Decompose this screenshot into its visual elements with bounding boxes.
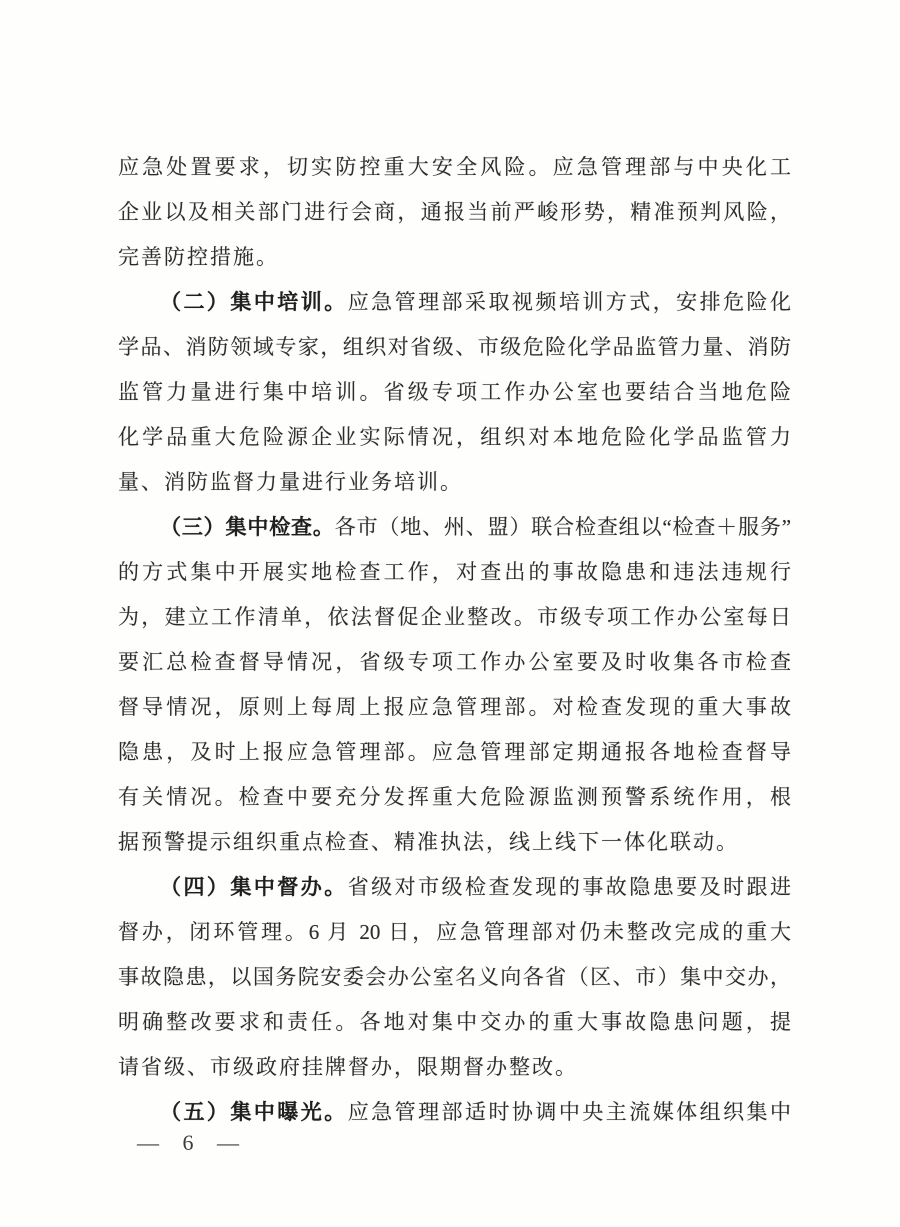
footer-dash-left: — (137, 1126, 159, 1160)
text-line: 量、消防监督力量进行业务培训。 (118, 460, 791, 505)
text-line: 请省级、市级政府挂牌督办，限期督办整改。 (118, 1045, 791, 1090)
text-line: 督导情况，原则上每周上报应急管理部。对检查发现的重大事故 (118, 685, 791, 730)
text-line: （三）集中检查。各市（地、州、盟）联合检查组以“检查＋服务” (118, 505, 791, 550)
text-line: （四）集中督办。省级对市级检查发现的事故隐患要及时跟进 (118, 865, 791, 910)
text-line: 据预警提示组织重点检查、精准执法，线上线下一体化联动。 (118, 820, 791, 865)
line-text: 要汇总检查督导情况，省级专项工作办公室要及时收集各市检查 (118, 650, 791, 674)
line-text: 为，建立工作清单，依法督促企业整改。市级专项工作办公室每日 (118, 605, 791, 629)
text-line: 要汇总检查督导情况，省级专项工作办公室要及时收集各市检查 (118, 640, 791, 685)
line-text: 应急处置要求，切实防控重大安全风险。应急管理部与中央化工 (118, 155, 791, 179)
line-text: 各市（地、州、盟）联合检查组以“检查＋服务” (335, 515, 791, 539)
text-line: 监管力量进行集中培训。省级专项工作办公室也要结合当地危险 (118, 370, 791, 415)
text-line: 化学品重大危险源企业实际情况，组织对本地危险化学品监管力 (118, 415, 791, 460)
line-text: 应急管理部适时协调中央主流媒体组织集中 (348, 1100, 791, 1124)
text-line: 完善防控措施。 (118, 235, 791, 280)
text-line: 的方式集中开展实地检查工作，对查出的事故隐患和违法违规行 (118, 550, 791, 595)
text-line: 有关情况。检查中要充分发挥重大危险源监测预警系统作用，根 (118, 775, 791, 820)
text-line: 为，建立工作清单，依法督促企业整改。市级专项工作办公室每日 (118, 595, 791, 640)
line-text: 的方式集中开展实地检查工作，对查出的事故隐患和违法违规行 (118, 560, 791, 584)
line-text: 请省级、市级政府挂牌督办，限期督办整改。 (118, 1055, 578, 1079)
line-text: 隐患，及时上报应急管理部。应急管理部定期通报各地检查督导 (118, 740, 791, 764)
section-heading: （三）集中检查。 (160, 515, 335, 539)
line-text: 监管力量进行集中培训。省级专项工作办公室也要结合当地危险 (118, 380, 791, 404)
section-heading: （二）集中培训。 (160, 290, 348, 314)
text-line: 学品、消防领域专家，组织对省级、市级危险化学品监管力量、消防 (118, 325, 791, 370)
document-lines: 应急处置要求，切实防控重大安全风险。应急管理部与中央化工企业以及相关部门进行会商… (118, 145, 791, 1135)
text-line: 督办，闭环管理。6 月 20 日，应急管理部对仍未整改完成的重大 (118, 910, 791, 955)
line-text: 完善防控措施。 (118, 245, 279, 269)
text-line: 事故隐患，以国务院安委会办公室名义向各省（区、市）集中交办， (118, 955, 791, 1000)
line-text: 据预警提示组织重点检查、精准执法，线上线下一体化联动。 (118, 830, 739, 854)
text-line: 隐患，及时上报应急管理部。应急管理部定期通报各地检查督导 (118, 730, 791, 775)
footer-dash-right: — (217, 1126, 239, 1160)
line-text: 明确整改要求和责任。各地对集中交办的重大事故隐患问题，提 (118, 1010, 791, 1034)
text-line: 企业以及相关部门进行会商，通报当前严峻形势，精准预判风险， (118, 190, 791, 235)
line-text: 学品、消防领域专家，组织对省级、市级危险化学品监管力量、消防 (118, 335, 791, 359)
section-heading: （五）集中曝光。 (160, 1100, 348, 1124)
text-line: 应急处置要求，切实防控重大安全风险。应急管理部与中央化工 (118, 145, 791, 190)
text-line: 明确整改要求和责任。各地对集中交办的重大事故隐患问题，提 (118, 1000, 791, 1045)
page-number: 6 (183, 1126, 194, 1160)
document-page: 应急处置要求，切实防控重大安全风险。应急管理部与中央化工企业以及相关部门进行会商… (0, 0, 900, 1227)
page-footer: — 6 — (135, 1126, 241, 1160)
line-text: 应急管理部采取视频培训方式，安排危险化 (348, 290, 791, 314)
section-heading: （四）集中督办。 (160, 875, 348, 899)
line-text: 企业以及相关部门进行会商，通报当前严峻形势，精准预判风险， (118, 200, 791, 224)
line-text: 事故隐患，以国务院安委会办公室名义向各省（区、市）集中交办， (118, 965, 791, 989)
line-text: 化学品重大危险源企业实际情况，组织对本地危险化学品监管力 (118, 425, 791, 449)
line-text: 督办，闭环管理。6 月 20 日，应急管理部对仍未整改完成的重大 (118, 920, 791, 944)
text-line: （二）集中培训。应急管理部采取视频培训方式，安排危险化 (118, 280, 791, 325)
line-text: 量、消防监督力量进行业务培训。 (118, 470, 463, 494)
line-text: 有关情况。检查中要充分发挥重大危险源监测预警系统作用，根 (118, 785, 791, 809)
line-text: 督导情况，原则上每周上报应急管理部。对检查发现的重大事故 (118, 695, 791, 719)
line-text: 省级对市级检查发现的事故隐患要及时跟进 (348, 875, 791, 899)
